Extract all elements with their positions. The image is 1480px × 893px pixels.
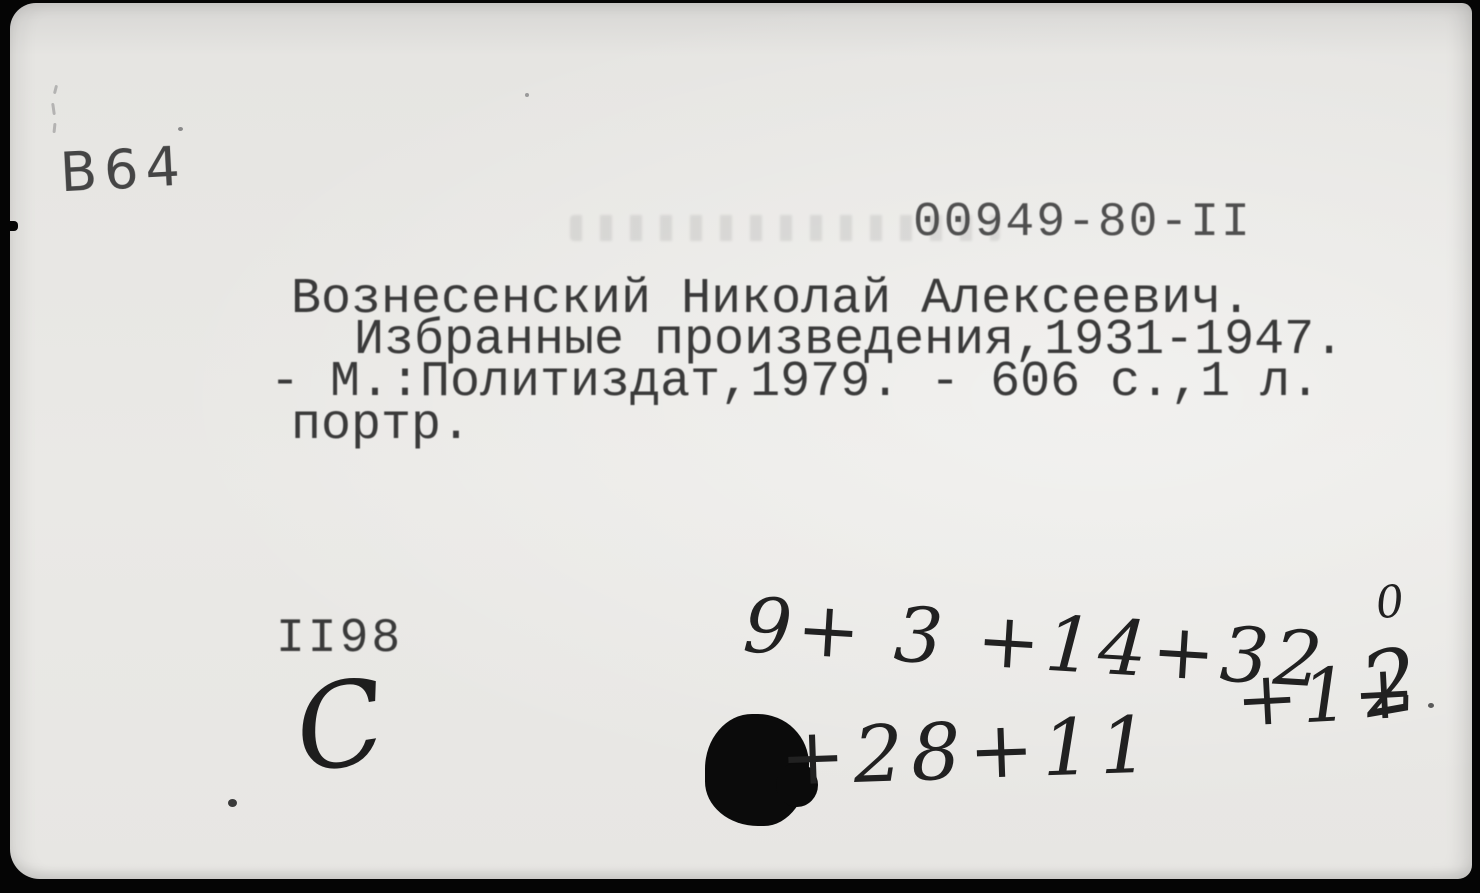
handwritten-superscript-zero: 0 xyxy=(1374,580,1406,627)
scan-speck xyxy=(178,127,183,131)
handwritten-sum-line2: +28+11 xyxy=(779,706,1159,797)
order-number: 00949-80-II xyxy=(913,199,1252,247)
call-number-handwritten: В64 xyxy=(59,140,188,201)
typed-index-mark: II98 xyxy=(276,615,403,663)
edge-notch xyxy=(0,221,18,231)
pencil-tick-marks xyxy=(40,85,60,145)
scanned-catalog-card: В64 00949-80-II Вознесенский Николай Але… xyxy=(0,0,1480,893)
catalog-card: В64 00949-80-II Вознесенский Николай Але… xyxy=(10,3,1472,879)
scan-speck xyxy=(1428,703,1434,708)
scan-speck xyxy=(525,93,529,97)
bib-line-imprint2: портр. xyxy=(291,401,471,451)
handwritten-letter-c: С xyxy=(287,663,393,791)
scan-speck xyxy=(228,799,237,807)
